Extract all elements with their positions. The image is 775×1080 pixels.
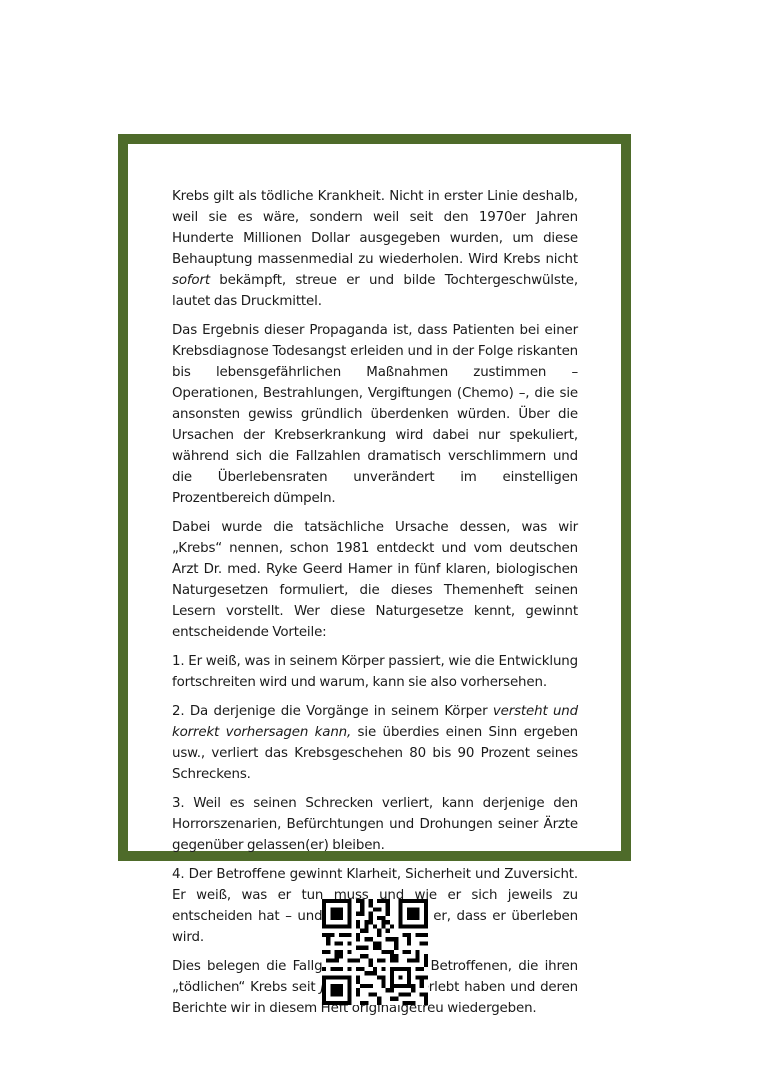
text-frame: Krebs gilt als tödliche Krankheit. Nicht… <box>118 134 631 861</box>
list-item-1: 1. Er weiß, was in seinem Körper passier… <box>172 651 578 693</box>
paragraph-intro: Krebs gilt als tödliche Krankheit. Nicht… <box>172 186 578 312</box>
paragraph-cause: Dabei wurde die tatsächliche Ursache des… <box>172 517 578 643</box>
qr-code-icon <box>322 899 428 1005</box>
list-item-2: 2. Da derjenige die Vorgänge in seinem K… <box>172 701 578 785</box>
paragraph-propaganda: Das Ergebnis dieser Propaganda ist, dass… <box>172 320 578 509</box>
page: Krebs gilt als tödliche Krankheit. Nicht… <box>0 0 775 1080</box>
qr-code[interactable] <box>322 899 428 1005</box>
list-item-3: 3. Weil es seinen Schrecken verliert, ka… <box>172 793 578 856</box>
